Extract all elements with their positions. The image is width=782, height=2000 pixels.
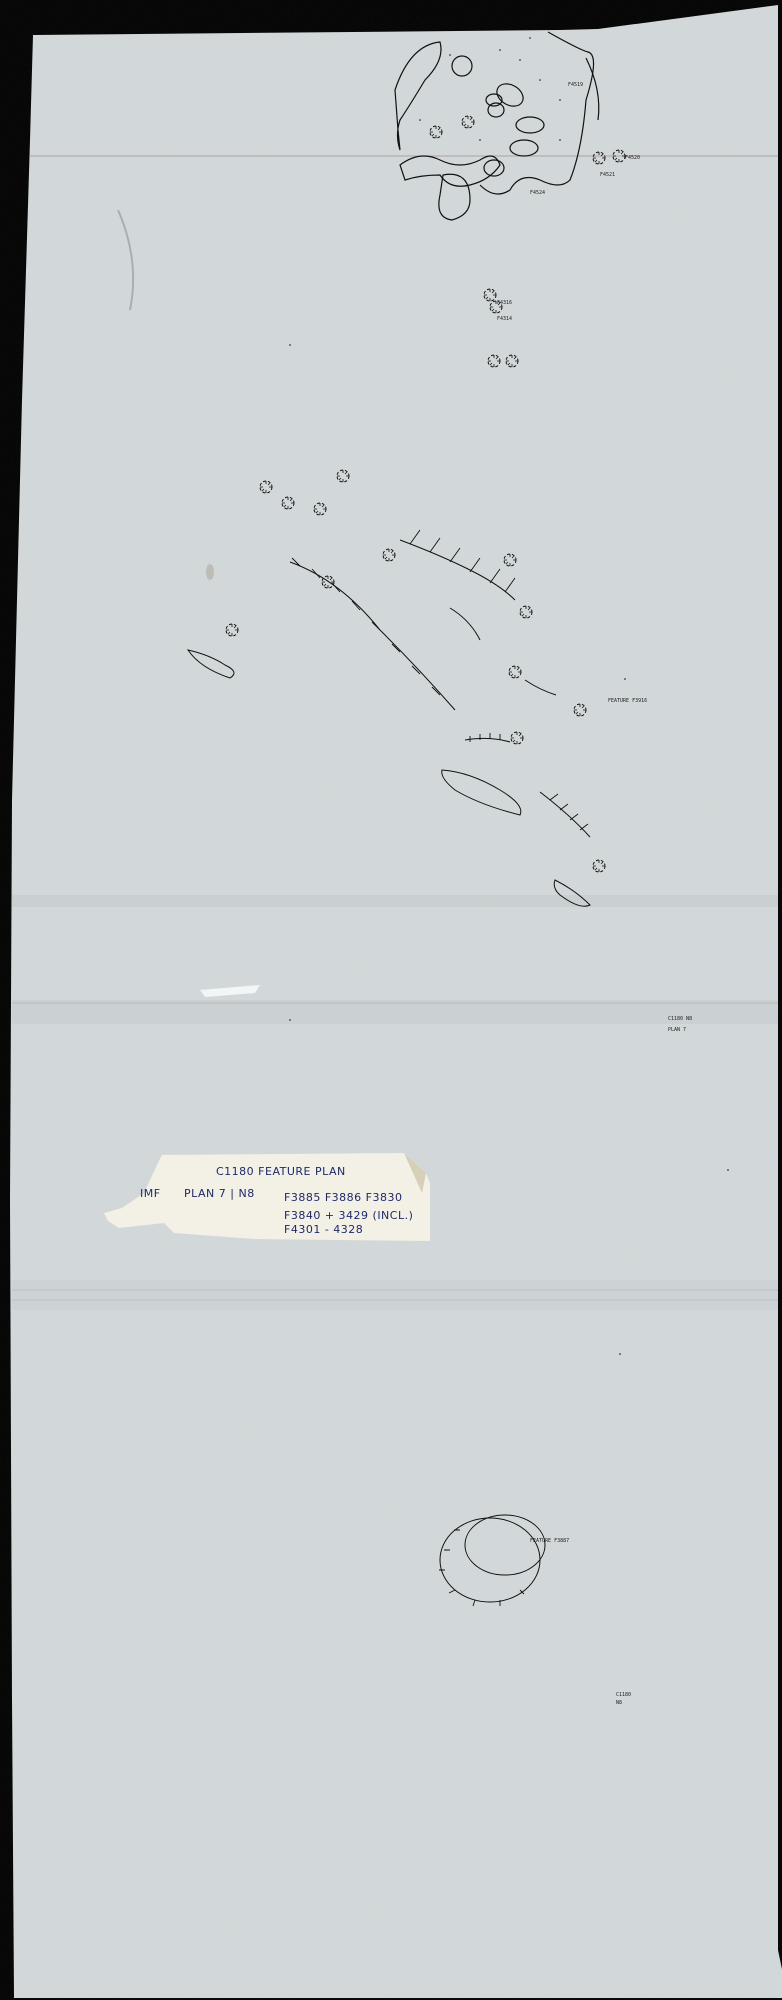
feature-label: F4524	[530, 190, 545, 196]
label-line-3: F3840 + 3429 (INCL.)	[284, 1209, 413, 1222]
label-features: F3885 F3886 F3830	[284, 1191, 402, 1204]
scanned-plan-sheet	[0, 0, 782, 2000]
label-imf: IMF	[140, 1187, 161, 1200]
annotation-top-right-2: PLAN 7	[668, 1027, 686, 1033]
annotation-feature-line: FEATURE F3916	[608, 698, 647, 704]
feature-label: F4519	[568, 82, 583, 88]
feature-label: F4314	[497, 316, 512, 322]
annotation-bottom-right-2: N8	[616, 1700, 622, 1706]
label-plan: PLAN 7 | N8	[184, 1187, 255, 1200]
feature-label: F4316	[497, 300, 512, 306]
annotation-bottom-right-1: C1180	[616, 1692, 631, 1698]
plan-label-card: C1180 FEATURE PLAN IMF PLAN 7 | N8 F3885…	[104, 1153, 430, 1241]
feature-label: F4521	[600, 172, 615, 178]
label-line-4: F4301 - 4328	[284, 1223, 363, 1236]
label-line-1: C1180 FEATURE PLAN	[216, 1165, 346, 1178]
feature-label: F4520	[625, 155, 640, 161]
annotation-top-right-1: C1180 N8	[668, 1016, 692, 1022]
annotation-bottom-feature: FEATURE F3887	[530, 1538, 569, 1544]
